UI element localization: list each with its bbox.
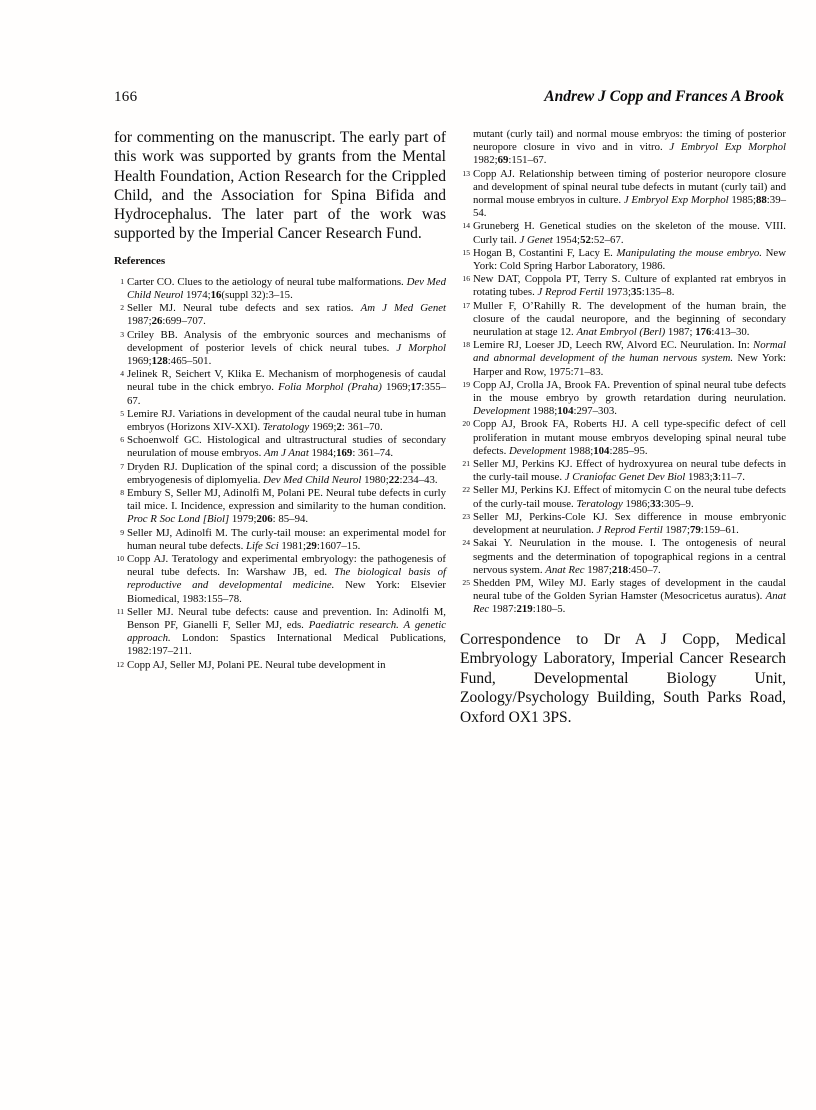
reference-number: 14 [460, 220, 470, 231]
reference-volume: 22 [389, 474, 400, 486]
reference-volume: 16 [211, 289, 222, 301]
reference-volume: 69 [498, 154, 509, 166]
reference-volume: 52 [580, 234, 591, 246]
reference-text: :180–5. [533, 603, 566, 615]
reference-text: Lemire RJ, Loeser JD, Leech RW, Alvord E… [473, 339, 753, 351]
right-column: mutant (curly tail) and normal mouse emb… [460, 128, 786, 727]
reference-text: Seller MJ. Neural tube defects and sex r… [127, 302, 361, 314]
reference-item: 23Seller MJ, Perkins-Cole KJ. Sex differ… [460, 511, 786, 537]
reference-text: Copp AJ, Seller MJ, Polani PE. Neural tu… [127, 659, 386, 671]
reference-source-title: J Embryol Exp Morphol [624, 194, 729, 206]
reference-text: (suppl 32):3–15. [221, 289, 292, 301]
reference-text: Hogan B, Costantini F, Lacy E. [473, 247, 617, 259]
reference-text: :1607–15. [317, 540, 361, 552]
reference-volume: 29 [306, 540, 317, 552]
reference-item: 3Criley BB. Analysis of the embryonic so… [114, 329, 446, 369]
reference-source-title: Folia Morphol (Praha) [278, 381, 382, 393]
reference-item: 20Copp AJ, Brook FA, Roberts HJ. A cell … [460, 418, 786, 458]
reference-item: 17Muller F, O’Rahilly R. The development… [460, 300, 786, 340]
reference-volume: 79 [690, 524, 701, 536]
reference-source-title: J Reprod Fertil [537, 286, 603, 298]
reference-item: 10Copp AJ. Teratology and experimental e… [114, 553, 446, 606]
references-list-right: 13Copp AJ. Relationship between timing o… [460, 168, 786, 617]
reference-text: 1980; [361, 474, 388, 486]
reference-number: 11 [114, 606, 124, 617]
reference-source-title: Proc R Soc Lond [Biol] [127, 513, 229, 525]
reference-number: 25 [460, 577, 470, 588]
reference-number: 16 [460, 273, 470, 284]
reference-source-title: J Reprod Fertil [597, 524, 663, 536]
reference-item: 14Gruneberg H. Genetical studies on the … [460, 220, 786, 246]
reference-number: 7 [114, 461, 124, 472]
reference-text: : 361–74. [352, 447, 393, 459]
reference-text: 1988; [530, 405, 557, 417]
reference-number: 17 [460, 300, 470, 311]
reference-text: 1985; [729, 194, 756, 206]
reference-text: 1987; [585, 564, 612, 576]
reference-item: 19Copp AJ, Crolla JA, Brook FA. Preventi… [460, 379, 786, 419]
reference-text: 1982; [473, 154, 498, 166]
reference-text: London: Spastics International Medical P… [127, 632, 446, 657]
reference-source-title: Teratology [263, 421, 309, 433]
running-title: Andrew J Copp and Frances A Brook [544, 88, 784, 106]
reference-number: 9 [114, 527, 124, 538]
reference-text: 1983; [685, 471, 712, 483]
reference-number: 20 [460, 418, 470, 429]
reference-number: 5 [114, 408, 124, 419]
reference-number: 18 [460, 339, 470, 350]
reference-item: 25Shedden PM, Wiley MJ. Early stages of … [460, 577, 786, 617]
reference-number: 3 [114, 329, 124, 340]
reference-text: : 85–94. [273, 513, 308, 525]
reference-text: 1969; [309, 421, 336, 433]
reference-source-title: Development [509, 445, 566, 457]
reference-item: 18Lemire RJ, Loeser JD, Leech RW, Alvord… [460, 339, 786, 379]
reference-item: 2Seller MJ. Neural tube defects and sex … [114, 302, 446, 328]
reference-number: 10 [114, 553, 124, 564]
reference-number: 6 [114, 434, 124, 445]
reference-text: 1987: [489, 603, 516, 615]
reference-volume: 88 [756, 194, 767, 206]
reference-source-title: J Genet [519, 234, 552, 246]
reference-text: :52–67. [591, 234, 624, 246]
reference-item: 7Dryden RJ. Duplication of the spinal co… [114, 461, 446, 487]
reference-item: 4Jelinek R, Seichert V, Klika E. Mechani… [114, 368, 446, 408]
reference-text: 1987; [663, 524, 690, 536]
reference-text: :151–67. [508, 154, 546, 166]
reference-item: 11Seller MJ. Neural tube defects: cause … [114, 606, 446, 659]
journal-page: 166 Andrew J Copp and Frances A Brook fo… [0, 0, 816, 1110]
references-list-left: 1Carter CO. Clues to the aetiology of ne… [114, 276, 446, 672]
reference-item: 22Seller MJ, Perkins KJ. Effect of mitom… [460, 484, 786, 510]
reference-text: 1987; [665, 326, 695, 338]
reference-text: Carter CO. Clues to the aetiology of neu… [127, 276, 407, 288]
reference-volume: 206 [256, 513, 272, 525]
reference-text: 1974; [183, 289, 210, 301]
reference-source-title: Life Sci [246, 540, 279, 552]
reference-item: 24Sakai Y. Neurulation in the mouse. I. … [460, 537, 786, 577]
reference-text: Copp AJ, Crolla JA, Brook FA. Prevention… [473, 379, 786, 404]
reference-volume: 33 [650, 498, 661, 510]
reference-text: Shedden PM, Wiley MJ. Early stages of de… [473, 577, 786, 602]
reference-source-title: J Morphol [396, 342, 446, 354]
reference-text: :413–30. [711, 326, 749, 338]
reference-number: 19 [460, 379, 470, 390]
reference-source-title: Dev Med Child Neurol [263, 474, 361, 486]
reference-text: 1969; [127, 355, 152, 367]
reference-number: 12 [114, 659, 124, 670]
reference-item: 9Seller MJ, Adinolfi M. The curly-tail m… [114, 527, 446, 553]
reference-item: 13Copp AJ. Relationship between timing o… [460, 168, 786, 221]
two-column-body: for commenting on the manuscript. The ea… [114, 128, 786, 727]
reference-text: Embury S, Seller MJ, Adinolfi M, Polani … [127, 487, 446, 512]
reference-text: :135–8. [642, 286, 675, 298]
reference-item: 1Carter CO. Clues to the aetiology of ne… [114, 276, 446, 302]
reference-number: 13 [460, 168, 470, 179]
reference-source-title: Anat Embryol (Berl) [576, 326, 665, 338]
reference-number: 21 [460, 458, 470, 469]
reference-number: 23 [460, 511, 470, 522]
reference-volume: 218 [612, 564, 628, 576]
reference-source-title: Development [473, 405, 530, 417]
reference-number: 8 [114, 487, 124, 498]
reference-text: :465–501. [168, 355, 212, 367]
reference-volume: 219 [516, 603, 532, 615]
reference-text: : 361–70. [342, 421, 383, 433]
reference-item: 6Schoenwolf GC. Histological and ultrast… [114, 434, 446, 460]
reference-volume: 17 [411, 381, 422, 393]
reference-text: :297–303. [573, 405, 617, 417]
reference-source-title: Teratology [576, 498, 622, 510]
reference-text: 1954; [553, 234, 580, 246]
reference-source-title: Am J Anat [264, 447, 309, 459]
reference-volume: 104 [557, 405, 573, 417]
reference-text: 1979; [229, 513, 256, 525]
correspondence-paragraph: Correspondence to Dr A J Copp, Medical E… [460, 630, 786, 728]
reference-number: 15 [460, 247, 470, 258]
reference-text: 1987; [127, 315, 152, 327]
reference-volume: 169 [336, 447, 352, 459]
reference-number: 4 [114, 368, 124, 379]
reference-item: 8Embury S, Seller MJ, Adinolfi M, Polani… [114, 487, 446, 527]
reference-source-title: J Craniofac Genet Dev Biol [565, 471, 686, 483]
references-heading: References [114, 255, 446, 267]
reference-12-continuation: mutant (curly tail) and normal mouse emb… [460, 128, 786, 168]
reference-number: 2 [114, 302, 124, 313]
reference-number: 1 [114, 276, 124, 287]
reference-source-title: J Embryol Exp Morphol [669, 141, 786, 153]
reference-volume: 176 [695, 326, 711, 338]
reference-volume: 104 [593, 445, 609, 457]
acknowledgements-paragraph: for commenting on the manuscript. The ea… [114, 128, 446, 244]
page-header: 166 Andrew J Copp and Frances A Brook [114, 88, 784, 106]
reference-item: 21Seller MJ, Perkins KJ. Effect of hydro… [460, 458, 786, 484]
reference-item: 5Lemire RJ. Variations in development of… [114, 408, 446, 434]
reference-number: 22 [460, 484, 470, 495]
reference-item: 12Copp AJ, Seller MJ, Polani PE. Neural … [114, 659, 446, 672]
reference-text: :450–7. [628, 564, 661, 576]
page-number: 166 [114, 89, 137, 106]
reference-volume: 128 [152, 355, 168, 367]
reference-text: 1981; [279, 540, 306, 552]
reference-source-title: Am J Med Genet [361, 302, 446, 314]
reference-source-title: Manipulating the mouse embryo. [617, 247, 763, 259]
reference-text: :699–707. [162, 315, 206, 327]
reference-text: :159–61. [701, 524, 739, 536]
reference-text: :305–9. [661, 498, 694, 510]
reference-source-title: Anat Rec [545, 564, 584, 576]
reference-text: :11–7. [718, 471, 745, 483]
reference-volume: 35 [631, 286, 642, 298]
reference-text: :285–95. [609, 445, 647, 457]
reference-text: 1969; [382, 381, 411, 393]
reference-text: :234–43. [400, 474, 438, 486]
reference-text: 1973; [604, 286, 631, 298]
reference-text: 1984; [309, 447, 336, 459]
reference-number: 24 [460, 537, 470, 548]
left-column: for commenting on the manuscript. The ea… [114, 128, 446, 727]
reference-item: 16New DAT, Coppola PT, Terry S. Culture … [460, 273, 786, 299]
reference-text: 1988; [566, 445, 593, 457]
reference-item: 15Hogan B, Costantini F, Lacy E. Manipul… [460, 247, 786, 273]
reference-volume: 26 [152, 315, 163, 327]
reference-text: 1986; [623, 498, 650, 510]
